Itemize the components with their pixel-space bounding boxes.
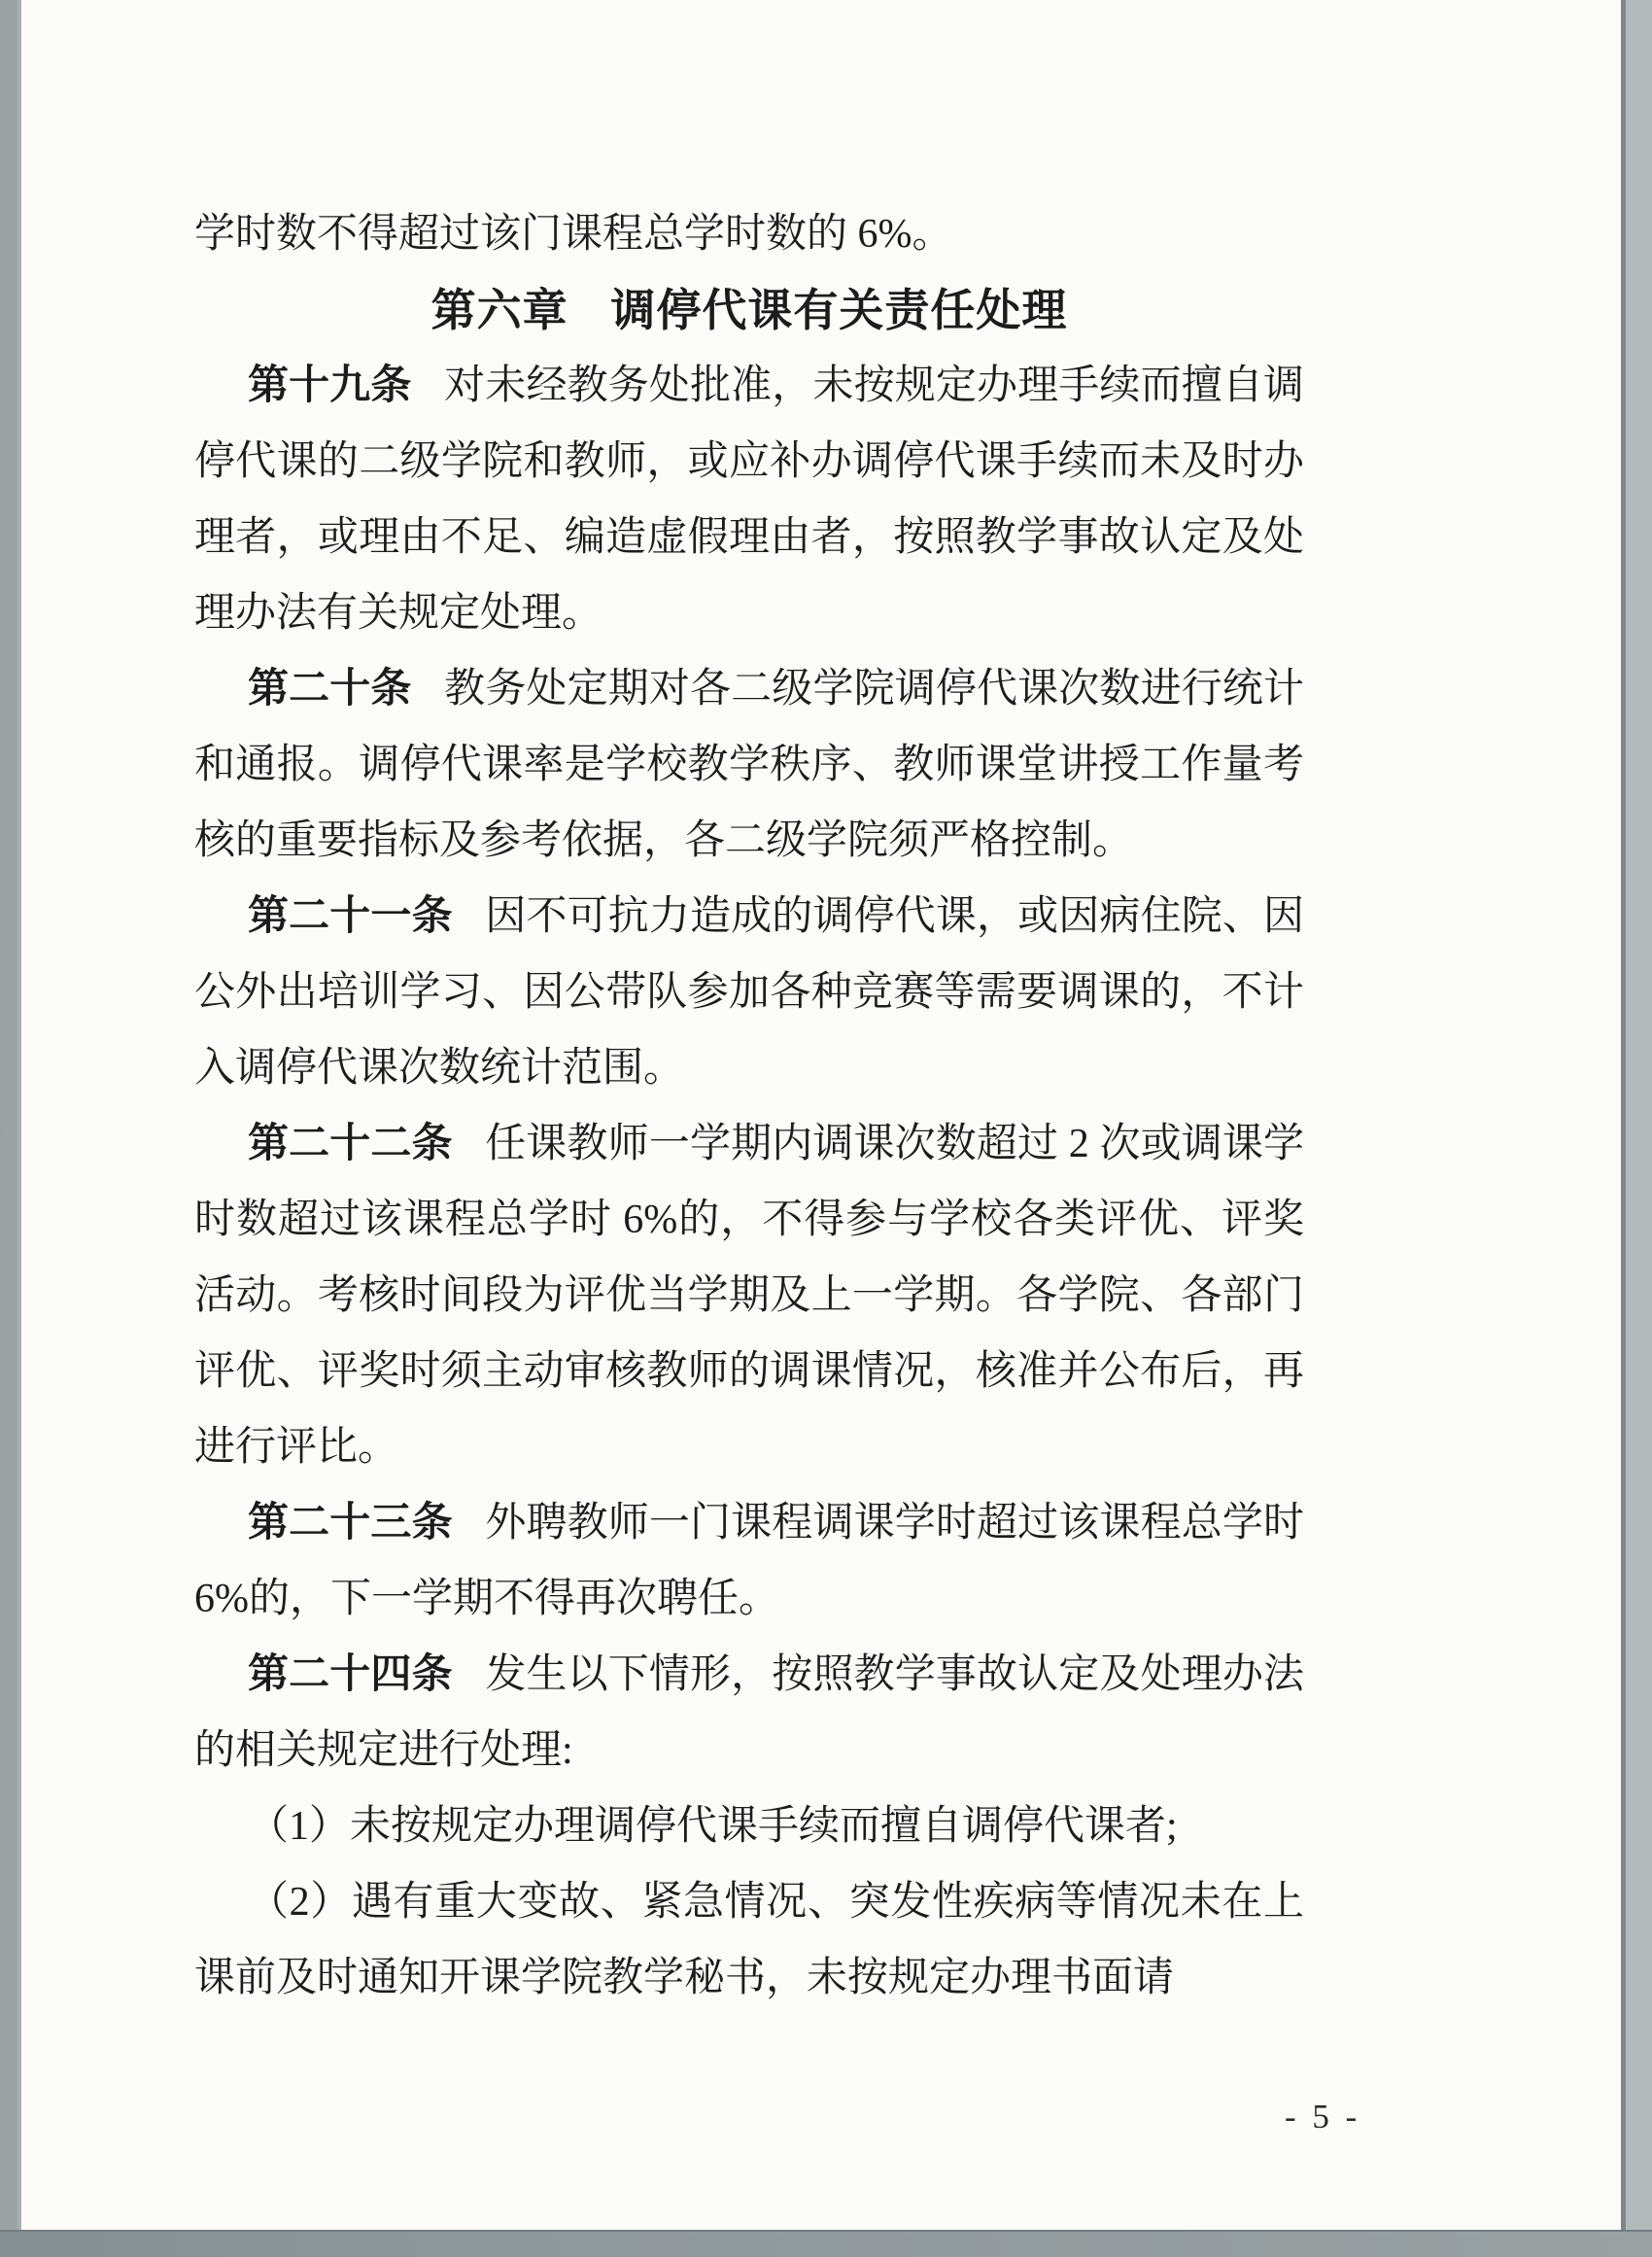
list-item-1: （1）未按规定办理调停代课手续而擅自调停代课者;: [194, 1788, 1304, 1864]
list-item-2: （2）遇有重大变故、紧急情况、突发性疾病等情况未在上课前及时通知开课学院教学秘书…: [194, 1864, 1304, 2016]
chapter-label: 第六章: [431, 285, 568, 335]
clause-lead: 第二十一条: [248, 894, 453, 939]
scan-edge-left: [0, 0, 21, 2257]
article-paragraph-19: 第十九条对未经教务处批准，未按规定办理手续而擅自调停代课的二级学院和教师，或应补…: [194, 348, 1304, 651]
scan-edge-right: [1621, 0, 1652, 2257]
clause-lead: 第二十四条: [248, 1652, 453, 1697]
page-number: - 5 -: [1285, 2098, 1360, 2136]
continuation-line: 学时数不得超过该门课程总学时数的 6%。: [194, 196, 1304, 272]
clause-lead: 第十九条: [248, 364, 412, 408]
clause-lead: 第二十条: [248, 667, 412, 712]
article-paragraph-24: 第二十四条发生以下情形，按照教学事故认定及处理办法的相关规定进行处理:: [194, 1637, 1304, 1788]
clause-lead: 第二十二条: [248, 1122, 453, 1166]
chapter-heading: 第六章调停代课有关责任处理: [194, 272, 1304, 348]
scan-edge-bottom: [0, 2230, 1652, 2257]
scanned-document-page: 学时数不得超过该门课程总学时数的 6%。 第六章调停代课有关责任处理 第十九条对…: [0, 0, 1652, 2257]
article-paragraph-23: 第二十三条外聘教师一门课程调课学时超过该课程总学时 6%的，下一学期不得再次聘任…: [194, 1485, 1304, 1637]
article-paragraph-22: 第二十二条任课教师一学期内调课次数超过 2 次或调课学时数超过该课程总学时 6%…: [194, 1106, 1304, 1485]
article-paragraph-20: 第二十条教务处定期对各二级学院调停代课次数进行统计和通报。调停代课率是学校教学秩…: [194, 651, 1304, 879]
clause-lead: 第二十三条: [248, 1501, 453, 1545]
page-body: 学时数不得超过该门课程总学时数的 6%。 第六章调停代课有关责任处理 第十九条对…: [194, 196, 1304, 2016]
chapter-title: 调停代课有关责任处理: [610, 285, 1067, 335]
clause-text: 任课教师一学期内调课次数超过 2 次或调课学时数超过该课程总学时 6%的，不得参…: [194, 1122, 1304, 1470]
article-paragraph-21: 第二十一条因不可抗力造成的调停代课，或因病住院、因公外出培训学习、因公带队参加各…: [194, 879, 1304, 1106]
